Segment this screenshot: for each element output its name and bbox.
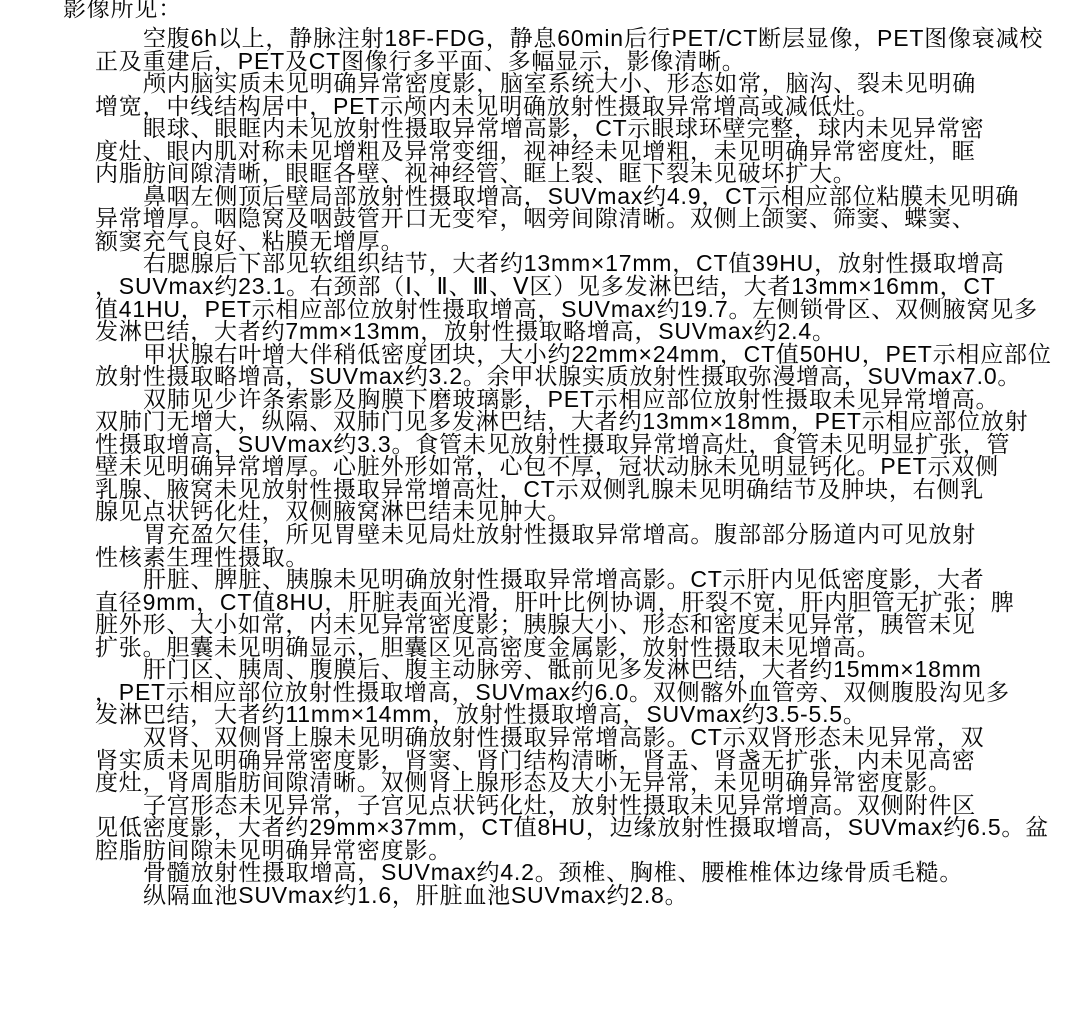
report-line: 空腹6h以上，静脉注射18F-FDG，静息60min后行PET/CT断层显像，P… [95, 27, 1025, 50]
paragraph-bone-marrow: 骨髓放射性摄取增高，SUVmax约4.2。颈椎、胸椎、腰椎椎体边缘骨质毛糙。 [95, 861, 1025, 884]
report-line: 腔脂肪间隙未见明确异常密度影。 [95, 839, 1025, 862]
report-line: 双肺见少许条索影及胸膜下磨玻璃影，PET示相应部位放射性摄取未见异常增高。 [95, 388, 1025, 411]
report-line: 异常增厚。咽隐窝及咽鼓管开口无变窄，咽旁间隙清晰。双侧上颌窦、筛窦、蝶窦、 [95, 207, 1025, 230]
report-line: 性核素生理性摄取。 [95, 546, 1025, 569]
paragraph-technique: 空腹6h以上，静脉注射18F-FDG，静息60min后行PET/CT断层显像，P… [95, 27, 1025, 72]
paragraph-blood-pool: 纵隔血池SUVmax约1.6，肝脏血池SUVmax约2.8。 [95, 884, 1025, 907]
report-line: 度灶，肾周脂肪间隙清晰。双侧肾上腺形态及大小无异常，未见明确异常密度影。 [95, 771, 1025, 794]
paragraph-abdominal-nodes: 肝门区、胰周、腹膜后、腹主动脉旁、骶前见多发淋巴结，大者约15mm×18mm ，… [95, 658, 1025, 726]
report-line: 骨髓放射性摄取增高，SUVmax约4.2。颈椎、胸椎、腰椎椎体边缘骨质毛糙。 [95, 861, 1025, 884]
report-line: 双肾、双侧肾上腺未见明确放射性摄取异常增高影。CT示双肾形态未见异常，双 [95, 726, 1025, 749]
report-line: 壁未见明确异常增厚。心脏外形如常，心包不厚，冠状动脉未见明显钙化。PET示双侧 [95, 455, 1025, 478]
paragraph-uterus-adnexa: 子宫形态未见异常，子宫见点状钙化灶，放射性摄取未见异常增高。双侧附件区 见低密度… [95, 794, 1025, 862]
report-line: 胃充盈欠佳，所见胃壁未见局灶放射性摄取异常增高。腹部部分肠道内可见放射 [95, 523, 1025, 546]
paragraph-stomach: 胃充盈欠佳，所见胃壁未见局灶放射性摄取异常增高。腹部部分肠道内可见放射 性核素生… [95, 523, 1025, 568]
report-body: 空腹6h以上，静脉注射18F-FDG，静息60min后行PET/CT断层显像，P… [95, 27, 1025, 906]
report-line: 肝脏、脾脏、胰腺未见明确放射性摄取异常增高影。CT示肝内见低密度影，大者 [95, 568, 1025, 591]
paragraph-brain: 颅内脑实质未见明确异常密度影，脑室系统大小、形态如常，脑沟、裂未见明确 增宽，中… [95, 72, 1025, 117]
report-line: 纵隔血池SUVmax约1.6，肝脏血池SUVmax约2.8。 [95, 884, 1025, 907]
report-line: 右腮腺后下部见软组织结节，大者约13mm×17mm，CT值39HU，放射性摄取增… [95, 252, 1025, 275]
report-line: 内脂肪间隙清晰，眼眶各壁、视神经管、眶上裂、眶下裂未见破坏扩大。 [95, 162, 1025, 185]
report-line: 直径9mm，CT值8HU，肝脏表面光滑，肝叶比例协调，肝裂不宽，肝内胆管无扩张；… [95, 591, 1025, 614]
report-line: 发淋巴结，大者约7mm×13mm，放射性摄取略增高，SUVmax约2.4。 [95, 320, 1025, 343]
report-line: 见低密度影，大者约29mm×37mm，CT值8HU，边缘放射性摄取增高，SUVm… [95, 816, 1025, 839]
report-line: 双肺门无增大，纵隔、双肺门见多发淋巴结，大者约13mm×18mm，PET示相应部… [95, 410, 1025, 433]
report-line: 腺见点状钙化灶，双侧腋窝淋巴结未见肿大。 [95, 500, 1025, 523]
report-line: 性摄取增高，SUVmax约3.3。食管未见放射性摄取异常增高灶，食管未见明显扩张… [95, 433, 1025, 456]
report-line: 额窦充气良好、粘膜无增厚。 [95, 230, 1025, 253]
report-line: ，PET示相应部位放射性摄取增高，SUVmax约6.0。双侧髂外血管旁、双侧腹股… [95, 681, 1025, 704]
report-line: 肾实质未见明确异常密度影，肾窦、肾门结构清晰，肾盂、肾盏无扩张，内未见高密 [95, 749, 1025, 772]
section-title: 影像所见： [63, 0, 182, 20]
report-page: 影像所见： 空腹6h以上，静脉注射18F-FDG，静息60min后行PET/CT… [0, 0, 1080, 1015]
report-line: 子宫形态未见异常，子宫见点状钙化灶，放射性摄取未见异常增高。双侧附件区 [95, 794, 1025, 817]
paragraph-parotid-neck-nodes: 右腮腺后下部见软组织结节，大者约13mm×17mm，CT值39HU，放射性摄取增… [95, 252, 1025, 342]
report-line: 眼球、眼眶内未见放射性摄取异常增高影，CT示眼球环壁完整，球内未见异常密 [95, 117, 1025, 140]
report-line: 扩张。胆囊未见明确显示，胆囊区见高密度金属影，放射性摄取未见增高。 [95, 636, 1025, 659]
report-line: 颅内脑实质未见明确异常密度影，脑室系统大小、形态如常，脑沟、裂未见明确 [95, 72, 1025, 95]
paragraph-nasopharynx: 鼻咽左侧顶后壁局部放射性摄取增高，SUVmax约4.9，CT示相应部位粘膜未见明… [95, 185, 1025, 253]
paragraph-liver-spleen-pancreas: 肝脏、脾脏、胰腺未见明确放射性摄取异常增高影。CT示肝内见低密度影，大者 直径9… [95, 568, 1025, 658]
report-line: ，SUVmax约23.1。右颈部（Ⅰ、Ⅱ、Ⅲ、Ⅴ区）见多发淋巴结，大者13mm×… [95, 275, 1025, 298]
paragraph-thyroid: 甲状腺右叶增大伴稍低密度团块，大小约22mm×24mm，CT值50HU，PET示… [95, 343, 1025, 388]
report-line: 度灶、眼内肌对称未见增粗及异常变细，视神经未见增粗，未见明确异常密度灶，眶 [95, 140, 1025, 163]
report-line: 值41HU，PET示相应部位放射性摄取增高，SUVmax约19.7。左侧锁骨区、… [95, 298, 1025, 321]
report-line: 肝门区、胰周、腹膜后、腹主动脉旁、骶前见多发淋巴结，大者约15mm×18mm [95, 658, 1025, 681]
report-line: 鼻咽左侧顶后壁局部放射性摄取增高，SUVmax约4.9，CT示相应部位粘膜未见明… [95, 185, 1025, 208]
paragraph-orbits: 眼球、眼眶内未见放射性摄取异常增高影，CT示眼球环壁完整，球内未见异常密 度灶、… [95, 117, 1025, 185]
report-line: 放射性摄取略增高，SUVmax约3.2。余甲状腺实质放射性摄取弥漫增高，SUVm… [95, 365, 1025, 388]
report-line: 发淋巴结，大者约11mm×14mm，放射性摄取增高，SUVmax约3.5-5.5… [95, 703, 1025, 726]
report-line: 正及重建后，PET及CT图像行多平面、多幅显示，影像清晰。 [95, 50, 1025, 73]
report-line: 增宽，中线结构居中，PET示颅内未见明确放射性摄取异常增高或减低灶。 [95, 95, 1025, 118]
report-line: 乳腺、腋窝未见放射性摄取异常增高灶，CT示双侧乳腺未见明确结节及肿块，右侧乳 [95, 478, 1025, 501]
paragraph-kidneys-adrenals: 双肾、双侧肾上腺未见明确放射性摄取异常增高影。CT示双肾形态未见异常，双 肾实质… [95, 726, 1025, 794]
paragraph-chest: 双肺见少许条索影及胸膜下磨玻璃影，PET示相应部位放射性摄取未见异常增高。 双肺… [95, 388, 1025, 523]
report-line: 甲状腺右叶增大伴稍低密度团块，大小约22mm×24mm，CT值50HU，PET示… [95, 343, 1025, 366]
report-line: 脏外形、大小如常，内未见异常密度影；胰腺大小、形态和密度未见异常，胰管未见 [95, 613, 1025, 636]
